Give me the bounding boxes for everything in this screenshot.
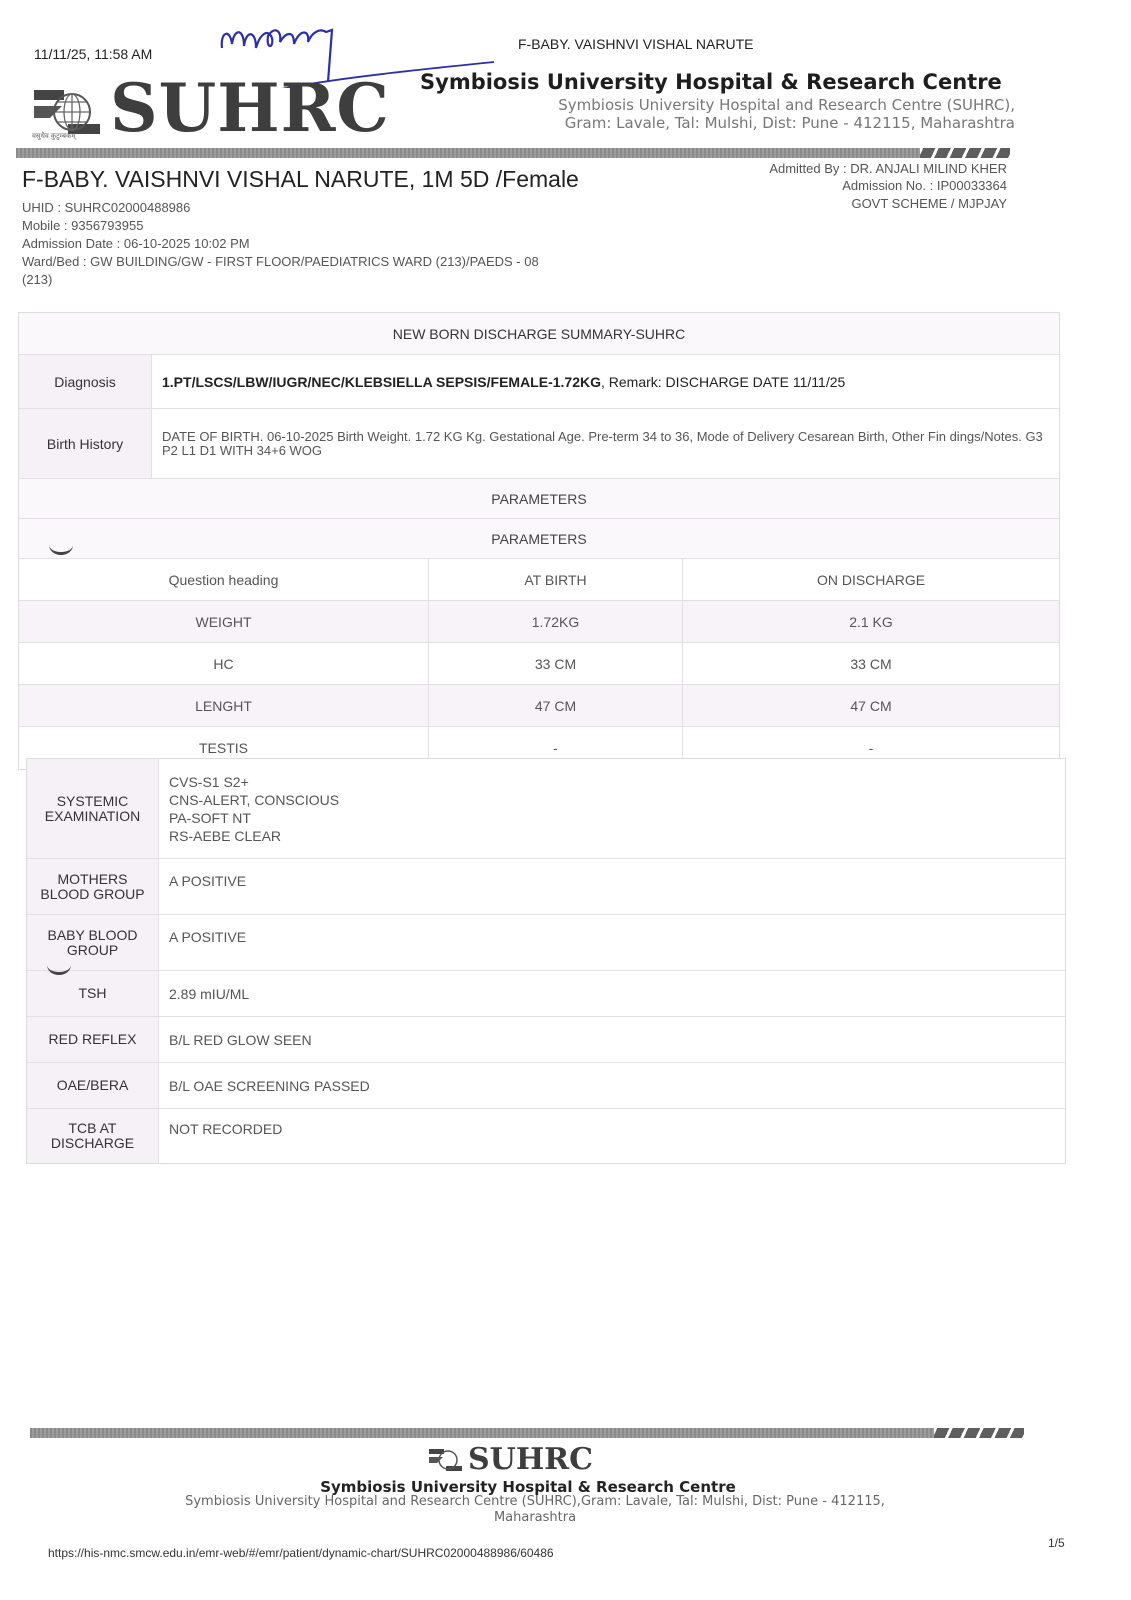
param-at-birth: 33 CM xyxy=(429,643,683,684)
param-at-birth: 47 CM xyxy=(429,685,683,726)
scan-artifact-mark xyxy=(49,535,73,555)
oae-bera-value: B/L OAE SCREENING PASSED xyxy=(159,1063,1065,1108)
page-url: https://his-nmc.smcw.edu.in/emr-web/#/em… xyxy=(48,1546,554,1560)
param-name: HC xyxy=(19,643,429,684)
label-line: MOTHERS xyxy=(40,872,144,887)
systemic-exam-value: CVS-S1 S2+ CNS-ALERT, CONSCIOUS PA-SOFT … xyxy=(159,759,1065,858)
patient-uhid: UHID : SUHRC02000488986 xyxy=(22,200,190,215)
exam-line-pa: PA-SOFT NT xyxy=(169,809,251,827)
label-line: EXAMINATION xyxy=(45,809,140,824)
birth-history-value: DATE OF BIRTH. 06-10-2025 Birth Weight. … xyxy=(152,409,1059,478)
param-on-discharge: 33 CM xyxy=(683,643,1059,684)
table-row: WEIGHT 1.72KG 2.1 KG xyxy=(19,601,1059,643)
footer-address: Symbiosis University Hospital and Resear… xyxy=(40,1494,1030,1526)
footer-suhrc-logo: SUHRC xyxy=(428,1442,593,1477)
col-at-birth: AT BIRTH xyxy=(429,559,683,600)
parameters-header-row: Question heading AT BIRTH ON DISCHARGE xyxy=(19,559,1059,601)
logo-text: SUHRC xyxy=(110,78,390,138)
print-page-title: F-BABY. VAISHNVI VISHAL NARUTE xyxy=(518,36,753,52)
mothers-blood-group-label: MOTHERS BLOOD GROUP xyxy=(27,859,159,914)
param-name: WEIGHT xyxy=(19,601,429,642)
tcb-value: NOT RECORDED xyxy=(159,1109,1065,1163)
oae-bera-label: OAE/BERA xyxy=(27,1063,159,1108)
page-number: 1/5 xyxy=(1048,1536,1065,1550)
baby-blood-group-value: A POSITIVE xyxy=(159,915,1065,970)
patient-mobile: Mobile : 9356793955 xyxy=(22,218,143,233)
mothers-blood-group-value: A POSITIVE xyxy=(159,859,1065,914)
ward-bed: Ward/Bed : GW BUILDING/GW - FIRST FLOOR/… xyxy=(22,254,539,269)
diagnosis-label: Diagnosis xyxy=(19,355,152,408)
param-name: LENGHT xyxy=(19,685,429,726)
hospital-address-line2: Gram: Lavale, Tal: Mulshi, Dist: Pune - … xyxy=(565,114,1015,132)
label-line: BLOOD GROUP xyxy=(40,887,144,902)
logo-tagline: वसुधैव कुटुम्बकम् xyxy=(32,132,76,141)
discharge-summary-table: NEW BORN DISCHARGE SUMMARY-SUHRC Diagnos… xyxy=(18,312,1060,770)
label-line: BABY BLOOD xyxy=(47,928,137,943)
table-row: LENGHT 47 CM 47 CM xyxy=(19,685,1059,727)
diagnosis-text: 1.PT/LSCS/LBW/IUGR/NEC/KLEBSIELLA SEPSIS… xyxy=(162,374,601,390)
red-reflex-label: RED REFLEX xyxy=(27,1017,159,1062)
footer-address-line1: Symbiosis University Hospital and Resear… xyxy=(40,1494,1030,1510)
diagnosis-remark: , Remark: DISCHARGE DATE 11/11/25 xyxy=(601,374,845,390)
exam-line-rs: RS-AEBE CLEAR xyxy=(169,827,281,845)
exam-line-cns: CNS-ALERT, CONSCIOUS xyxy=(169,791,339,809)
admitted-by: Admitted By : DR. ANJALI MILIND KHER xyxy=(769,161,1007,176)
col-question-heading: Question heading xyxy=(19,559,429,600)
ward-bed-continued: (213) xyxy=(22,272,52,287)
param-at-birth: 1.72KG xyxy=(429,601,683,642)
admission-number: Admission No. : IP00033364 xyxy=(842,178,1007,193)
col-on-discharge: ON DISCHARGE xyxy=(683,559,1059,600)
exam-line-cvs: CVS-S1 S2+ xyxy=(169,773,249,791)
parameters-heading: PARAMETERS xyxy=(19,479,1059,518)
clinical-findings-table: SYSTEMIC EXAMINATION CVS-S1 S2+ CNS-ALER… xyxy=(26,758,1066,1164)
scan-artifact-mark xyxy=(47,955,71,975)
globe-logo-icon xyxy=(32,86,104,138)
header-band-divider xyxy=(16,148,1010,158)
table-row: HC 33 CM 33 CM xyxy=(19,643,1059,685)
print-timestamp: 11/11/25, 11:58 AM xyxy=(34,46,152,62)
label-line: TCB AT xyxy=(51,1121,134,1136)
tcb-label: TCB AT DISCHARGE xyxy=(27,1109,159,1163)
footer-logo-text: SUHRC xyxy=(468,1442,593,1477)
param-on-discharge: 47 CM xyxy=(683,685,1059,726)
govt-scheme: GOVT SCHEME / MJPJAY xyxy=(851,196,1007,211)
label-line: DISCHARGE xyxy=(51,1136,134,1151)
tsh-value: 2.89 mIU/ML xyxy=(159,971,1065,1016)
tsh-label: TSH xyxy=(27,971,159,1016)
parameters-subheading: PARAMETERS xyxy=(19,519,1059,558)
label-line: SYSTEMIC xyxy=(45,794,140,809)
footer-band-divider xyxy=(30,1428,1024,1438)
suhrc-logo: SUHRC xyxy=(32,78,390,138)
diagnosis-value: 1.PT/LSCS/LBW/IUGR/NEC/KLEBSIELLA SEPSIS… xyxy=(152,355,1059,408)
param-on-discharge: 2.1 KG xyxy=(683,601,1059,642)
hospital-name: Symbiosis University Hospital & Research… xyxy=(420,70,1002,94)
hospital-address-line1: Symbiosis University Hospital and Resear… xyxy=(558,96,1015,114)
patient-name-line: F-BABY. VAISHNVI VISHAL NARUTE, 1M 5D /F… xyxy=(22,166,579,193)
birth-history-label: Birth History xyxy=(19,409,152,478)
systemic-exam-label: SYSTEMIC EXAMINATION xyxy=(27,759,159,858)
globe-logo-icon xyxy=(428,1447,464,1473)
summary-title: NEW BORN DISCHARGE SUMMARY-SUHRC xyxy=(19,313,1059,354)
admission-date: Admission Date : 06-10-2025 10:02 PM xyxy=(22,236,250,251)
footer-address-line2: Maharashtra xyxy=(40,1510,1030,1526)
red-reflex-value: B/L RED GLOW SEEN xyxy=(159,1017,1065,1062)
